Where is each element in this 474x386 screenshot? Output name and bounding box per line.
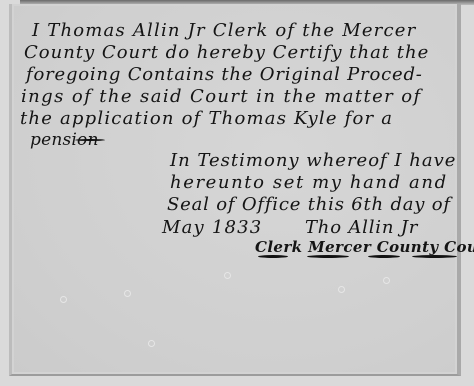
body-line-5: the application of Thomas Kyle for a — [20, 108, 393, 129]
signature-flourish-4 — [412, 255, 457, 258]
signature-flourish-3 — [368, 255, 400, 258]
testimony-line-4: May 1833 — [162, 217, 262, 238]
paper-speck — [224, 272, 231, 279]
line-end-flourish — [75, 139, 105, 141]
paper-speck — [338, 286, 345, 293]
body-line-3: foregoing Contains the Original Proced- — [26, 64, 423, 85]
signature: Tho Allin Jr — [305, 217, 418, 238]
testimony-line-2: hereunto set my hand and — [170, 172, 448, 193]
paper-speck — [60, 296, 67, 303]
paper-speck — [148, 340, 155, 347]
testimony-line-3: Seal of Office this 6th day of — [167, 194, 451, 215]
testimony-line-1: In Testimony whereof I have — [170, 150, 456, 171]
body-line-1: I Thomas Allin Jr Clerk of the Mercer — [32, 20, 416, 41]
signature-flourish-2 — [307, 255, 349, 258]
body-line-4: ings of the said Court in the matter of — [21, 86, 422, 107]
signature-title: Clerk Mercer County Court — [255, 238, 474, 256]
signature-flourish-1 — [258, 255, 288, 258]
paper-speck — [383, 277, 390, 284]
body-line-2: County Court do hereby Certify that the — [24, 42, 429, 63]
paper-speck — [124, 290, 131, 297]
scanned-document-background: I Thomas Allin Jr Clerk of the Mercer Co… — [0, 0, 474, 386]
